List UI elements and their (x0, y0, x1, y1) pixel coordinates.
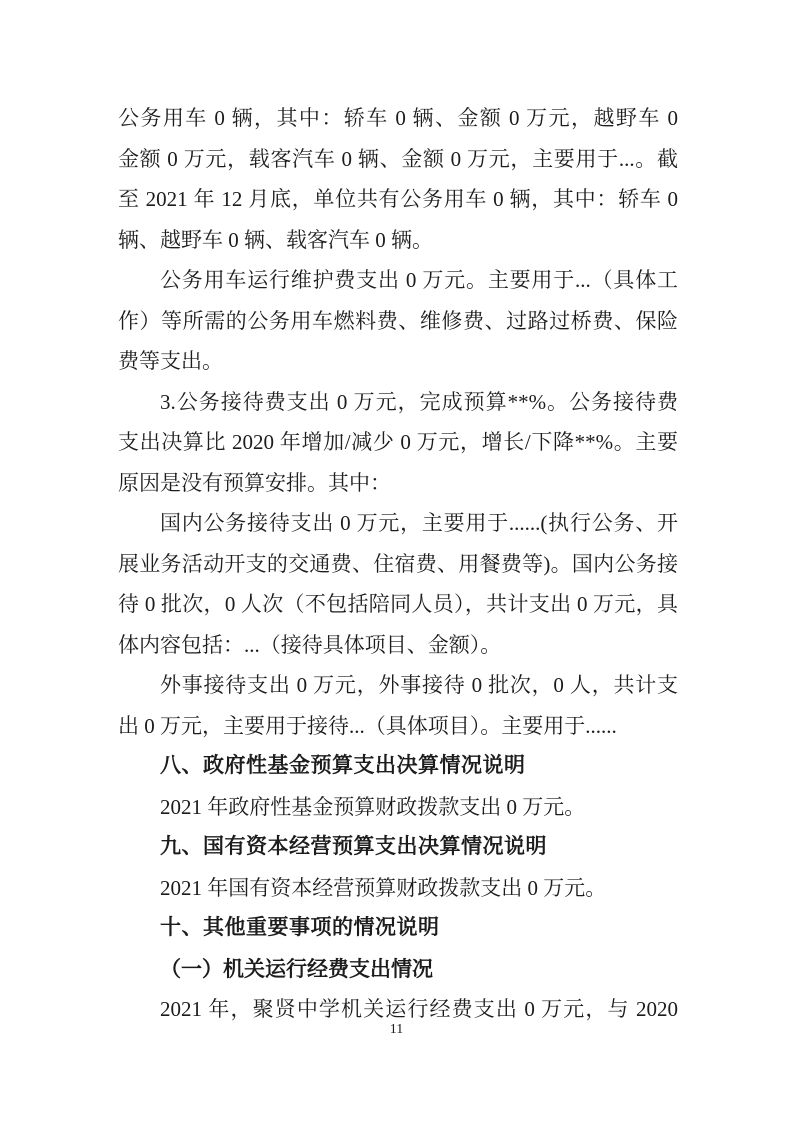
section-heading: （一）机关运行经费支出情况 (118, 949, 678, 990)
section-heading: 八、政府性基金预算支出决算情况说明 (118, 746, 678, 787)
text-line: 至 2021 年 12 月底，单位共有公务用车 0 辆，其中：轿车 0 (118, 179, 678, 220)
text-line: 支出决算比 2020 年增加/减少 0 万元，增长/下降**%。主要 (118, 422, 678, 463)
document-page: 公务用车 0 辆，其中：轿车 0 辆、金额 0 万元，越野车 0 辆、金额 0 … (0, 0, 793, 1122)
text-line: 国内公务接待支出 0 万元，主要用于......(执行公务、开 (118, 503, 678, 544)
text-line: 外事接待支出 0 万元，外事接待 0 批次，0 人，共计支 (118, 665, 678, 706)
document-body: 公务用车 0 辆，其中：轿车 0 辆、金额 0 万元，越野车 0 辆、金额 0 … (118, 98, 678, 1030)
text-line: 金额 0 万元，载客汽车 0 辆、金额 0 万元，主要用于...。截 (118, 139, 678, 180)
text-line: 3.公务接待费支出 0 万元，完成预算**%。公务接待费 (118, 382, 678, 423)
text-line: 2021 年政府性基金预算财政拨款支出 0 万元。 (118, 787, 678, 828)
text-line: 作）等所需的公务用车燃料费、维修费、过路过桥费、保险 (118, 301, 678, 342)
text-line: 公务用车 0 辆，其中：轿车 0 辆、金额 0 万元，越野车 0 辆、 (118, 98, 678, 139)
section-heading: 十、其他重要事项的情况说明 (118, 908, 678, 949)
text-line: 待 0 批次，0 人次（不包括陪同人员），共计支出 0 万元，具 (118, 584, 678, 625)
text-line: 2021 年国有资本经营预算财政拨款支出 0 万元。 (118, 868, 678, 909)
text-line: 费等支出。 (118, 341, 678, 382)
text-line: 辆、越野车 0 辆、载客汽车 0 辆。 (118, 220, 678, 261)
text-line: 展业务活动开支的交通费、住宿费、用餐费等)。国内公务接 (118, 544, 678, 585)
section-heading: 九、国有资本经营预算支出决算情况说明 (118, 827, 678, 868)
page-number: 11 (0, 1022, 793, 1038)
text-line: 体内容包括：...（接待具体项目、金额）。 (118, 625, 678, 666)
text-line: 原因是没有预算安排。其中： (118, 463, 678, 504)
text-line: 出 0 万元，主要用于接待...（具体项目）。主要用于...... (118, 706, 678, 747)
text-line: 公务用车运行维护费支出 0 万元。主要用于...（具体工 (118, 260, 678, 301)
